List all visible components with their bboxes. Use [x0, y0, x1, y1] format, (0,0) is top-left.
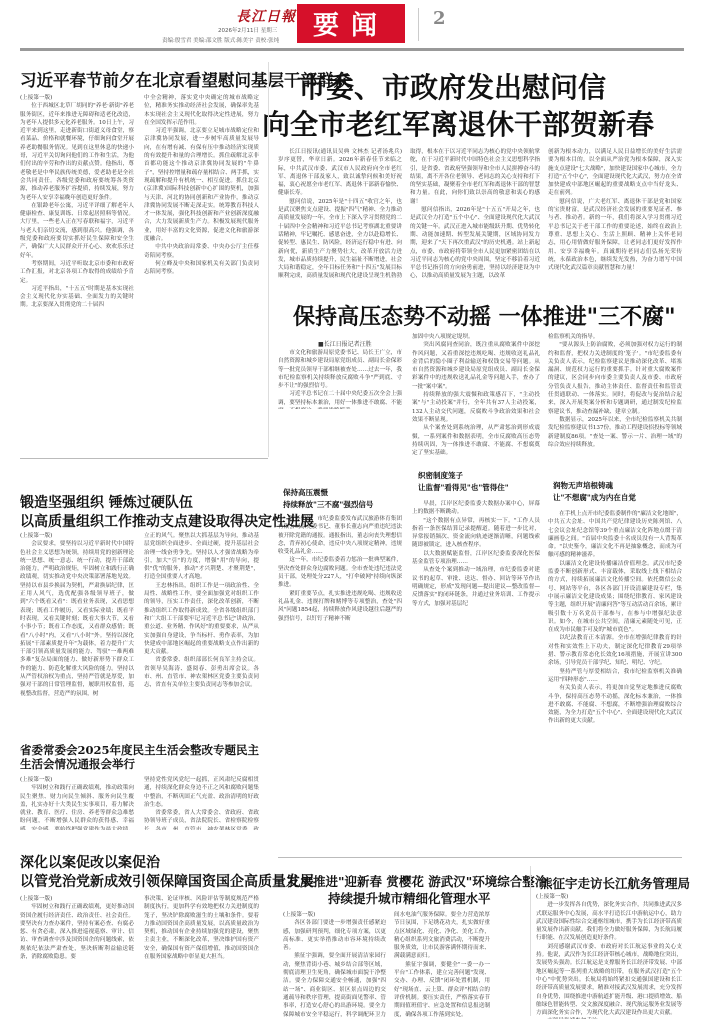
article-column: 立正的风气。聚焦以大抓基层为导向，推动基层党组织全面进步、全面过硬，提升基层社会…	[144, 532, 259, 742]
article-column: (上接第一版) 牢固树立和践行正确政绩观，更好推动国资国企履行经济责任、政治责任…	[20, 895, 134, 1015]
article-column: 取得，根本在于以习近平同志为核心的党中央领航掌舵，在于习近平新时代中国特色社会主…	[410, 148, 540, 280]
article-column: 早晨，江岸区纪委监委大数据办案中心，屏幕上的数据不断跳动。 "这个数据有点异常，…	[412, 500, 540, 823]
subheading: 让监督"看得见"也"管得住"	[418, 482, 509, 493]
article-headline[interactable]: 熊征宇走访长江航务管理局	[540, 874, 690, 892]
article-column: 加固中央八项规定堤坝。 突出风腐同查同治，既注重从腐败案件中深挖作风问题，又着重…	[412, 333, 540, 473]
article-column: (上接第一版) 位于西城区北草厂胡同的"养老·新街"养老服务街区，近年来推进无障…	[20, 94, 134, 456]
article-headline-line1[interactable]: 锻造坚强组织 锤炼过硬队伍	[20, 492, 193, 512]
article-column: 市文化和旅游局原党委书记、局长王广立，市自然资源和城乡建设局原党组成员、副局长金…	[278, 349, 402, 409]
divider	[418, 8, 419, 41]
article-headline-line1[interactable]: 深化以案促改以案促治	[20, 852, 160, 872]
article-column: (上接第一版) 进一步发挥各自优势，深化务实合作，共同推进武汉多式联运服务中心发…	[536, 893, 682, 1019]
section-divider	[278, 857, 682, 858]
column-divider	[530, 866, 531, 1016]
article-column: (上接第一版) 牢固树立和践行正确政绩观，推动政策向民生聚焦、财力向民生倾斜、服…	[20, 776, 134, 830]
subheading: 让"不想腐"成为内在自觉	[553, 492, 636, 503]
column-divider	[268, 62, 269, 457]
article-column: 创新为根本动力，以满足人民日益增长的美好生活需要为根本目的，以全面从严治党为根本…	[548, 148, 682, 280]
editor-credits: 责编:殷雪君 美编:邵文胜 版式:陈美宇 责校:张纯	[162, 36, 279, 44]
section-divider	[20, 458, 268, 459]
article-column: (上接第一版) 各区各部门要进一步增强责任感紧迫感，加强研判预判，细化专项方案，…	[283, 911, 386, 1019]
article-headline-line2[interactable]: 以高质量组织工作推动支点建设取得决定性进展	[20, 511, 314, 531]
article-headline-line2[interactable]: 以管党治党新成效引领保障国资国企高质量发展	[20, 871, 314, 891]
article-headline[interactable]: 保持高压态势不动摇 一体推进"三不腐"	[293, 300, 676, 331]
subheading: 织密制度笼子	[418, 470, 463, 481]
article-column: 新年伊始，市纪委监委发布武汉旅游体育集团有限公司原党委书记、董事长董志向严重违纪…	[278, 515, 402, 823]
article-column: 在手机上点开市纪委监委制作的"廉洁文化地图"，中共五大会址、中国共产党纪律建设历…	[548, 510, 682, 823]
header-rule	[20, 48, 684, 51]
section-badge: 要闻	[297, 4, 405, 43]
article-column: 事决策、论证审核、风险评估等制度规范严格制度执行，更加科学有效地把权力关进制度的…	[144, 895, 259, 1015]
article-column: 坚持党性党风党纪一起抓，正风肃纪反腐相贯通，持续深化群众身边不正之风和腐败问题集…	[144, 776, 259, 830]
article-column: (上接第一版) 会议要求，要坚持以习近平新时代中国特色社会主义思想为统领，持续用…	[20, 532, 134, 742]
page-number: 2	[433, 8, 446, 29]
newspaper-logo: 長江日報	[236, 6, 296, 26]
lead-headline-line1[interactable]: 市委、市政府发出慰问信	[298, 66, 606, 106]
subheading: 保持高压震慑	[283, 487, 328, 498]
article-column: 长江日报讯(通讯员吴典 文林杰 记者汤兆兵)岁序更替，华章日新。2026年新春佳…	[278, 148, 402, 280]
issue-date: 2026年2月11日 星期三	[218, 26, 277, 34]
lead-headline-line2[interactable]: 向全市老红军离退休干部贺新春	[262, 103, 654, 143]
article-column: 间水电油气服务保障。要全力营造浓厚节日氛围，下足绣花功夫，扎实做好重点区域绿化、…	[394, 911, 490, 1019]
subheading: 润物无声培根铸魂	[553, 480, 613, 491]
article-column: 检监察机关的指导。 "要从源头上防治腐败，必须加强对权力运行的制约和监督，把权力…	[548, 333, 682, 483]
byline: ■长江日报记者汪胜	[318, 339, 372, 348]
article-column: 中全会精神，落实党中央确定的城市战略定位，精准务实推动经济社会发展，确保率先基本…	[144, 94, 259, 456]
article-headline-line1[interactable]: 扎实推进"迎新春 赏樱花 游武汉"环境综合整治	[288, 872, 547, 890]
masthead: 長江日報 2026年2月11日 星期三 责编:殷雪君 美编:邵文胜 版式:陈美宇…	[0, 0, 702, 52]
subheading: 持续释放"三不腐"强烈信号	[283, 499, 373, 510]
article-headline[interactable]: 省委常委会2025年度民主生活会整改专题民主生活会情况通报会举行	[20, 743, 268, 771]
article-headline-line2[interactable]: 持续提升城市精细化管理水平	[328, 889, 491, 907]
